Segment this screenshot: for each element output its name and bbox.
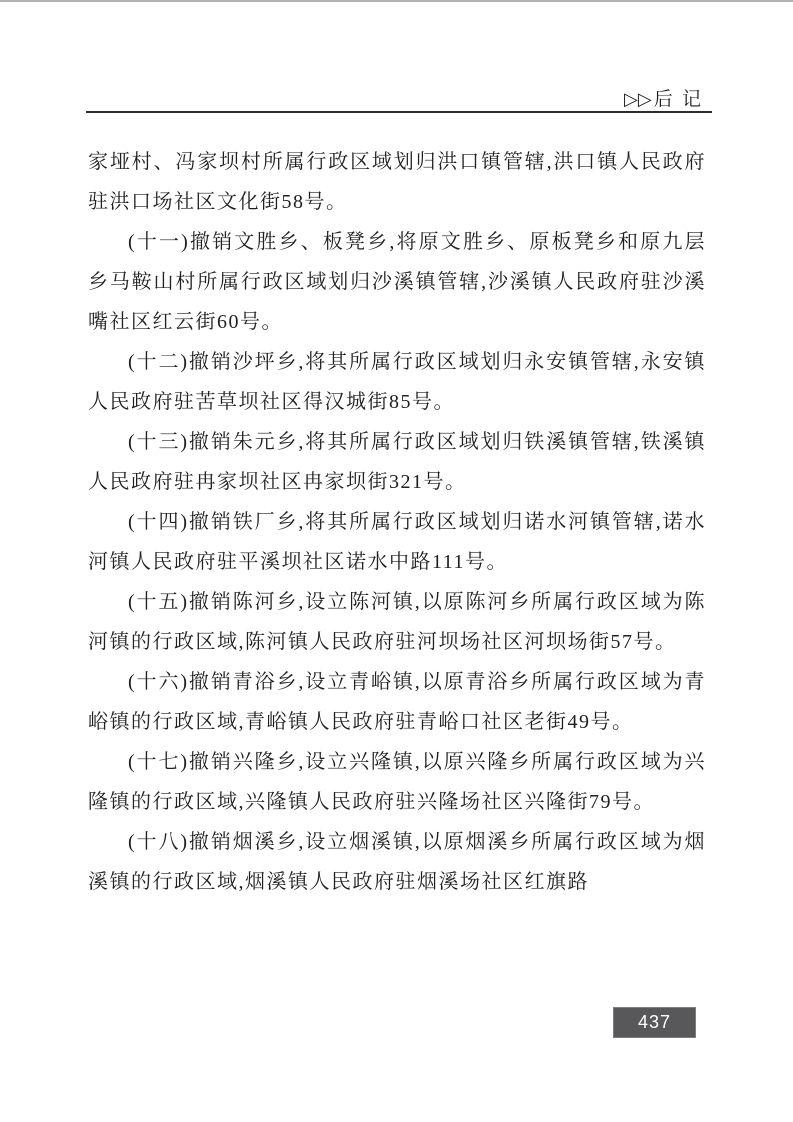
paragraph: 家垭村、冯家坝村所属行政区域划归洪口镇管辖,洪口镇人民政府驻洪口场社区文化街58… — [88, 142, 706, 222]
paragraph: (十四)撤销铁厂乡,将其所属行政区域划归诺水河镇管辖,诺水河镇人民政府驻平溪坝社… — [88, 502, 706, 582]
running-header: ▷▷后 记 — [624, 84, 703, 111]
paragraph: (十一)撤销文胜乡、板凳乡,将原文胜乡、原板凳乡和原九层乡马鞍山村所属行政区域划… — [88, 222, 706, 342]
paragraph: (十二)撤销沙坪乡,将其所属行政区域划归永安镇管辖,永安镇人民政府驻苦草坝社区得… — [88, 342, 706, 422]
document-body: 家垭村、冯家坝村所属行政区域划归洪口镇管辖,洪口镇人民政府驻洪口场社区文化街58… — [88, 142, 706, 902]
page-number-badge: 437 — [613, 1007, 696, 1038]
paragraph: (十三)撤销朱元乡,将其所属行政区域划归铁溪镇管辖,铁溪镇人民政府驻冉家坝社区冉… — [88, 422, 706, 502]
paragraph: (十五)撤销陈河乡,设立陈河镇,以原陈河乡所属行政区域为陈河镇的行政区域,陈河镇… — [88, 582, 706, 662]
paragraph: (十六)撤销青浴乡,设立青峪镇,以原青浴乡所属行政区域为青峪镇的行政区域,青峪镇… — [88, 662, 706, 742]
chevron-right-icon: ▷▷ — [624, 89, 652, 109]
paragraph: (十七)撤销兴隆乡,设立兴隆镇,以原兴隆乡所属行政区域为兴隆镇的行政区域,兴隆镇… — [88, 742, 706, 822]
header-rule — [86, 111, 712, 113]
header-title: 后 记 — [654, 89, 703, 110]
document-page: ▷▷后 记 家垭村、冯家坝村所属行政区域划归洪口镇管辖,洪口镇人民政府驻洪口场社… — [0, 0, 793, 1122]
paragraph: (十八)撤销烟溪乡,设立烟溪镇,以原烟溪乡所属行政区域为烟溪镇的行政区域,烟溪镇… — [88, 822, 706, 902]
scan-edge-artifact — [0, 0, 793, 2]
